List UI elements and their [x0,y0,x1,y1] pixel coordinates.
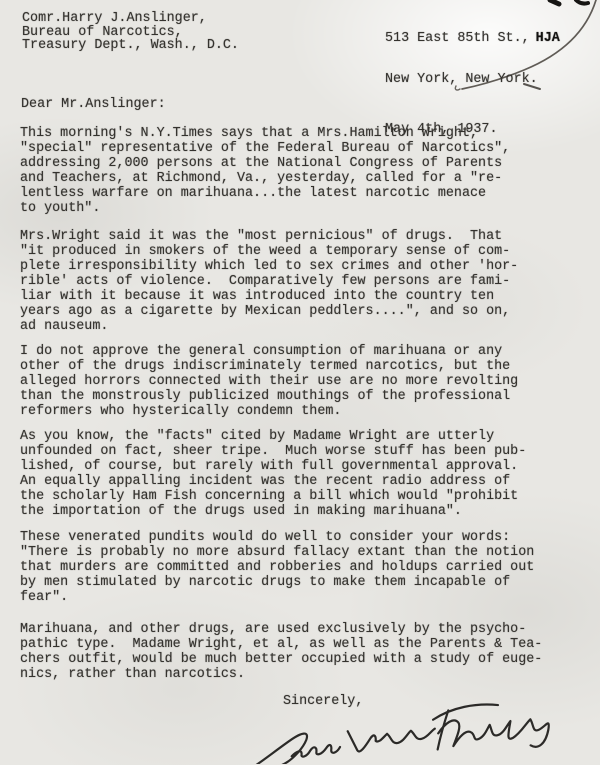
sender-street-line: 513 East 85th St.,HJA [385,32,560,46]
handwritten-initials-annotation: HJA [536,31,560,46]
handwritten-signature [238,700,578,764]
recipient-address: Comr.Harry J.Anslinger, Bureau of Narcot… [22,12,239,53]
paragraph-6: Marihuana, and other drugs, are used exc… [20,622,542,682]
paragraph-5: These venerated pundits would do well to… [20,530,534,605]
paragraph-3: I do not approve the general consumption… [20,344,518,419]
paragraph-1: This morning's N.Y.Times says that a Mrs… [20,126,510,216]
salutation: Dear Mr.Anslinger: [21,97,166,112]
scanned-letter-page: Comr.Harry J.Anslinger, Bureau of Narcot… [0,0,600,765]
sender-city: New York, New York. [385,73,560,87]
paragraph-4: As you know, the "facts" cited by Madame… [20,429,526,519]
sender-street: 513 East 85th St., [385,31,530,46]
paragraph-2: Mrs.Wright said it was the "most pernici… [20,229,518,334]
